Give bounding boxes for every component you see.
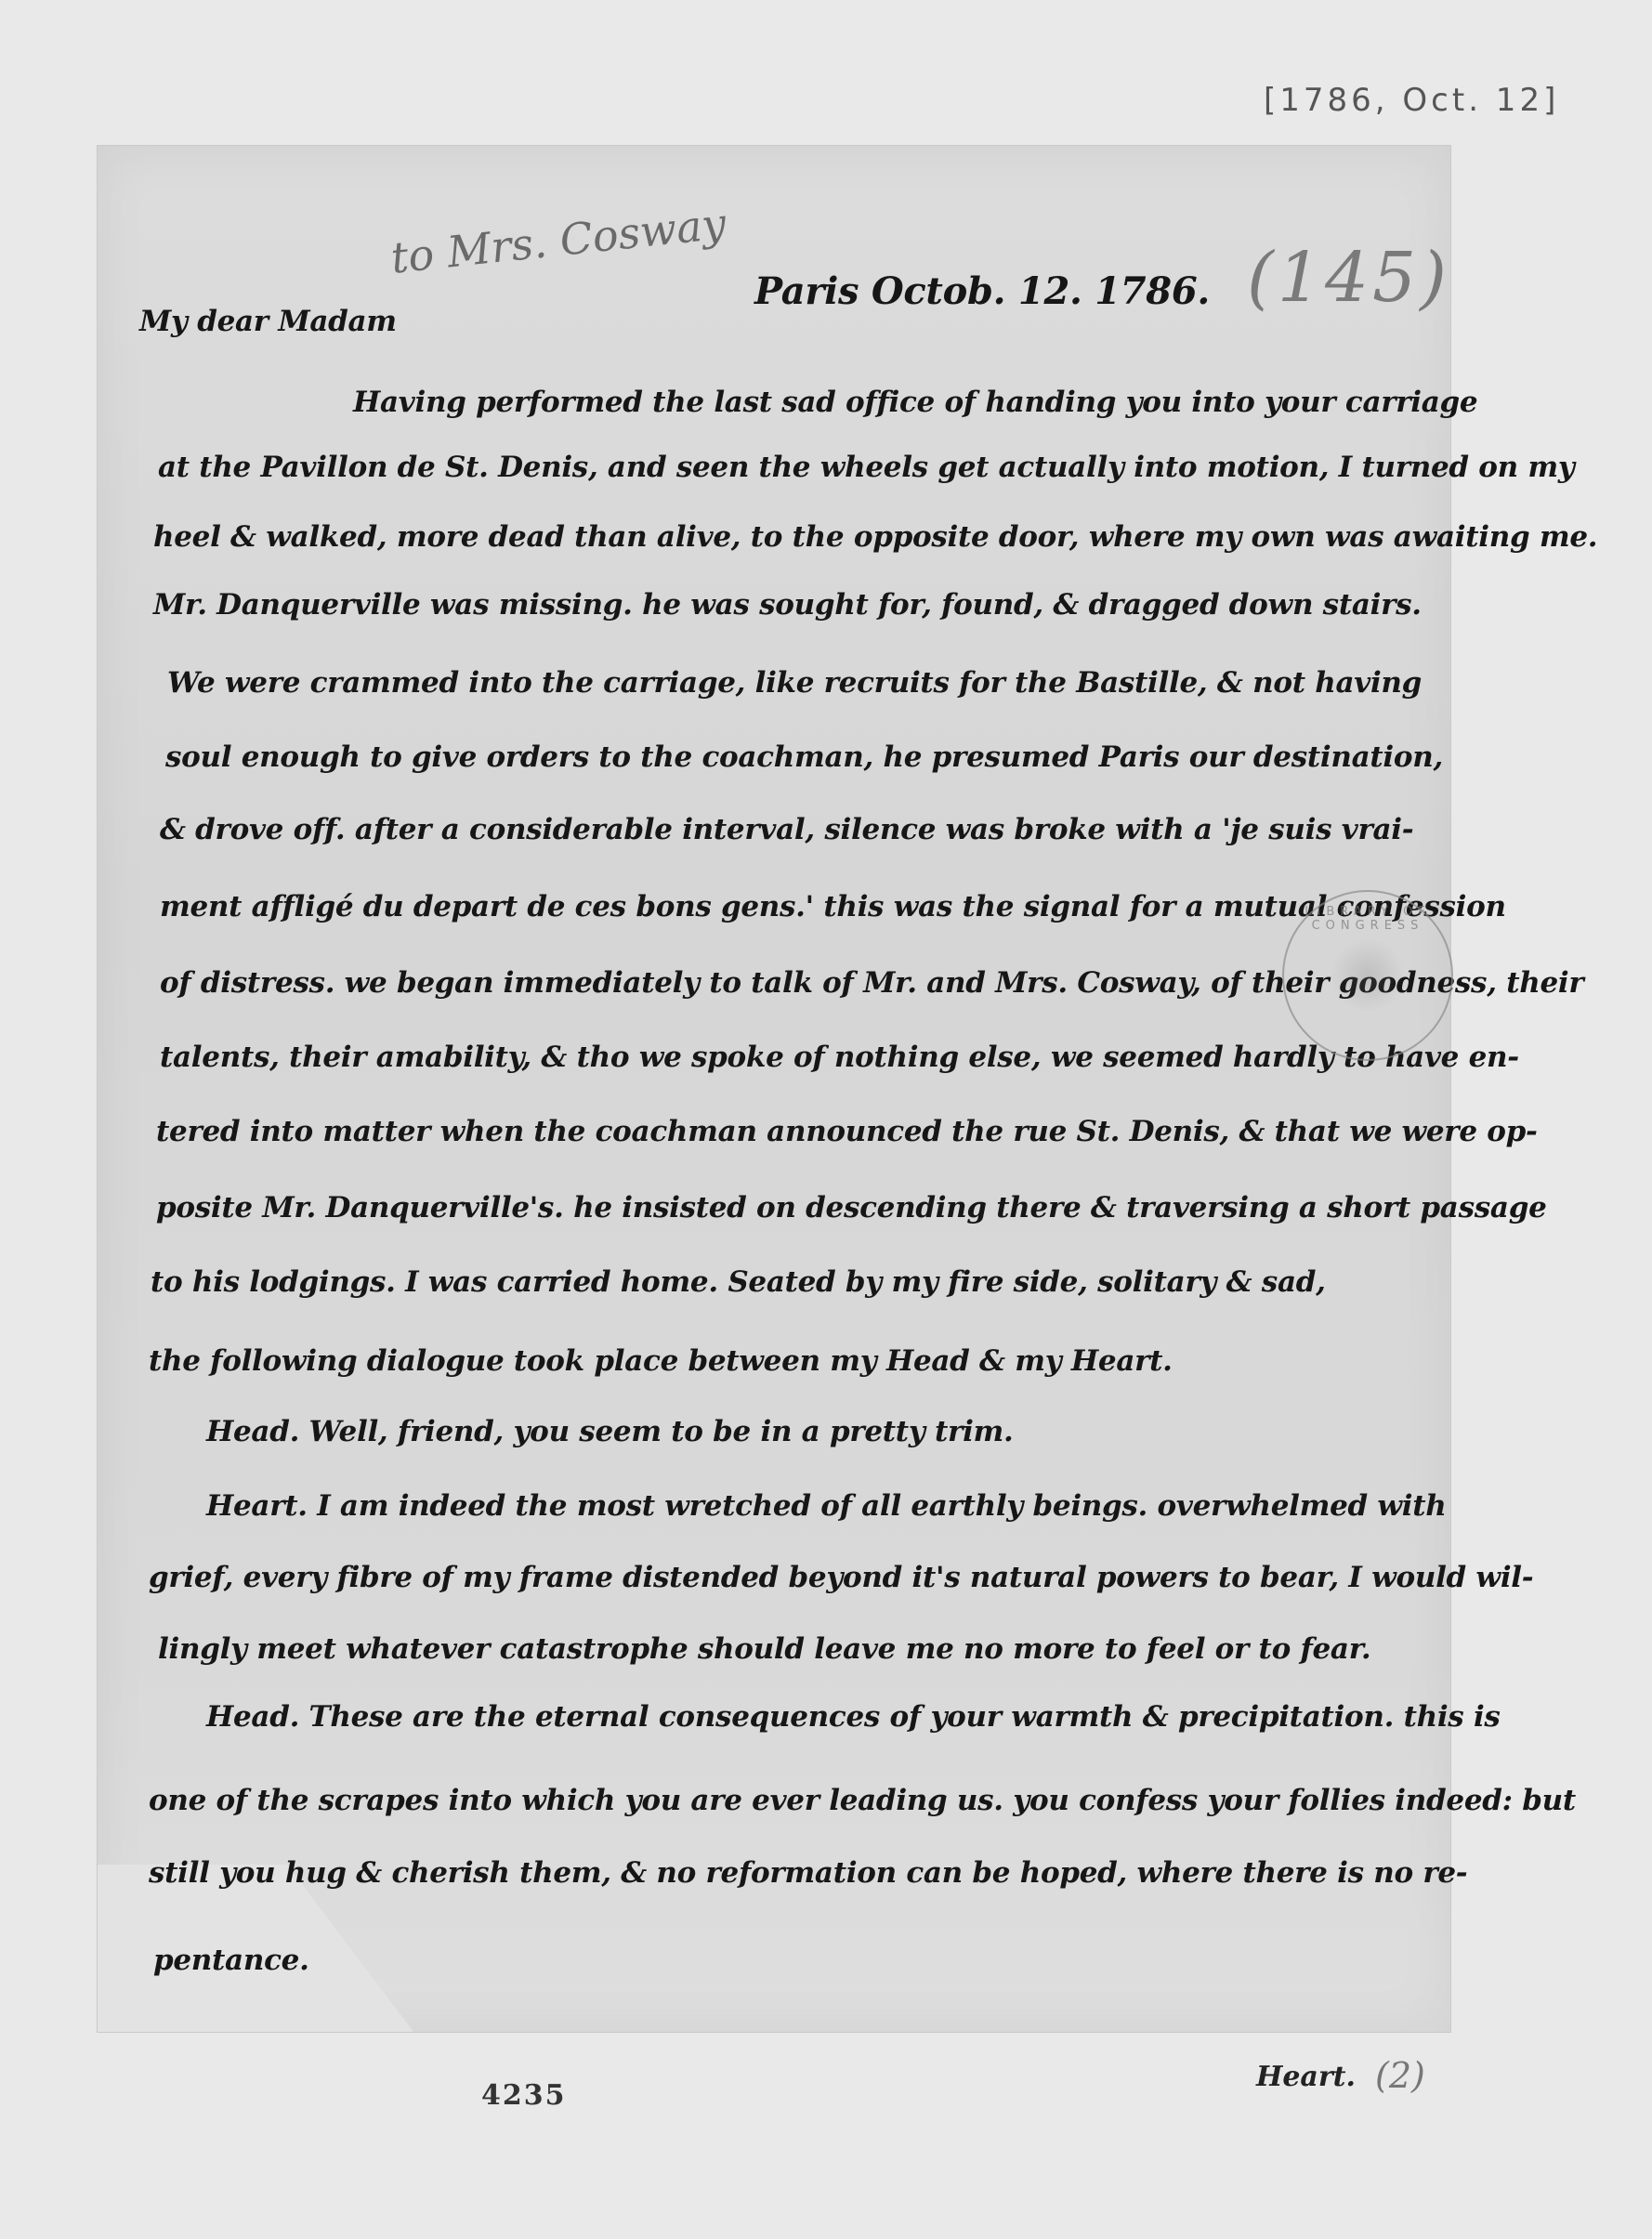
- letter-line: grief, every fibre of my frame distended…: [149, 1561, 1533, 1594]
- letter-line: Heart. I am indeed the most wretched of …: [206, 1489, 1447, 1523]
- catchword: Heart.: [1256, 2061, 1356, 2093]
- page-number: 4235: [481, 2079, 567, 2112]
- letter-salutation: My dear Madam: [139, 305, 397, 338]
- letter-line: to his lodgings. I was carried home. Sea…: [151, 1265, 1326, 1299]
- letter-line: tered into matter when the coachman anno…: [156, 1115, 1538, 1148]
- letter-line: Head. These are the eternal consequences…: [206, 1700, 1501, 1734]
- letter-line: one of the scrapes into which you are ev…: [149, 1784, 1576, 1817]
- letter-line: lingly meet whatever catastrophe should …: [158, 1632, 1370, 1666]
- letter-line: pentance.: [153, 1944, 309, 1977]
- manuscript-sheet: [97, 145, 1451, 2033]
- letter-line: & drove off. after a considerable interv…: [160, 813, 1413, 846]
- letter-dateline: Paris Octob. 12. 1786.: [754, 269, 1210, 313]
- library-stamp: LIBRARY OF CONGRESS: [1282, 890, 1453, 1061]
- letter-line: Head. Well, friend, you seem to be in a …: [206, 1415, 1014, 1448]
- letter-line: the following dialogue took place betwee…: [149, 1344, 1173, 1378]
- letter-line: talents, their amability, & tho we spoke…: [160, 1041, 1519, 1074]
- letter-line: at the Pavillon de St. Denis, and seen t…: [158, 451, 1575, 484]
- stamp-text: LIBRARY OF CONGRESS: [1284, 905, 1451, 933]
- archive-date-note: [1786, Oct. 12]: [1264, 82, 1559, 119]
- letter-line: still you hug & cherish them, & no refor…: [149, 1856, 1467, 1890]
- letter-line: heel & walked, more dead than alive, to …: [153, 520, 1597, 554]
- letter-line: soul enough to give orders to the coachm…: [165, 740, 1443, 774]
- folio-number: (145): [1247, 238, 1450, 318]
- letter-line: posite Mr. Danquerville's. he insisted o…: [156, 1191, 1547, 1224]
- letter-line: Mr. Danquerville was missing. he was sou…: [153, 588, 1422, 622]
- catchword-mark: (2): [1375, 2055, 1425, 2096]
- eagle-emblem-icon: [1331, 938, 1405, 1013]
- letter-line: Having performed the last sad office of …: [353, 386, 1477, 419]
- letter-line: We were crammed into the carriage, like …: [167, 666, 1422, 700]
